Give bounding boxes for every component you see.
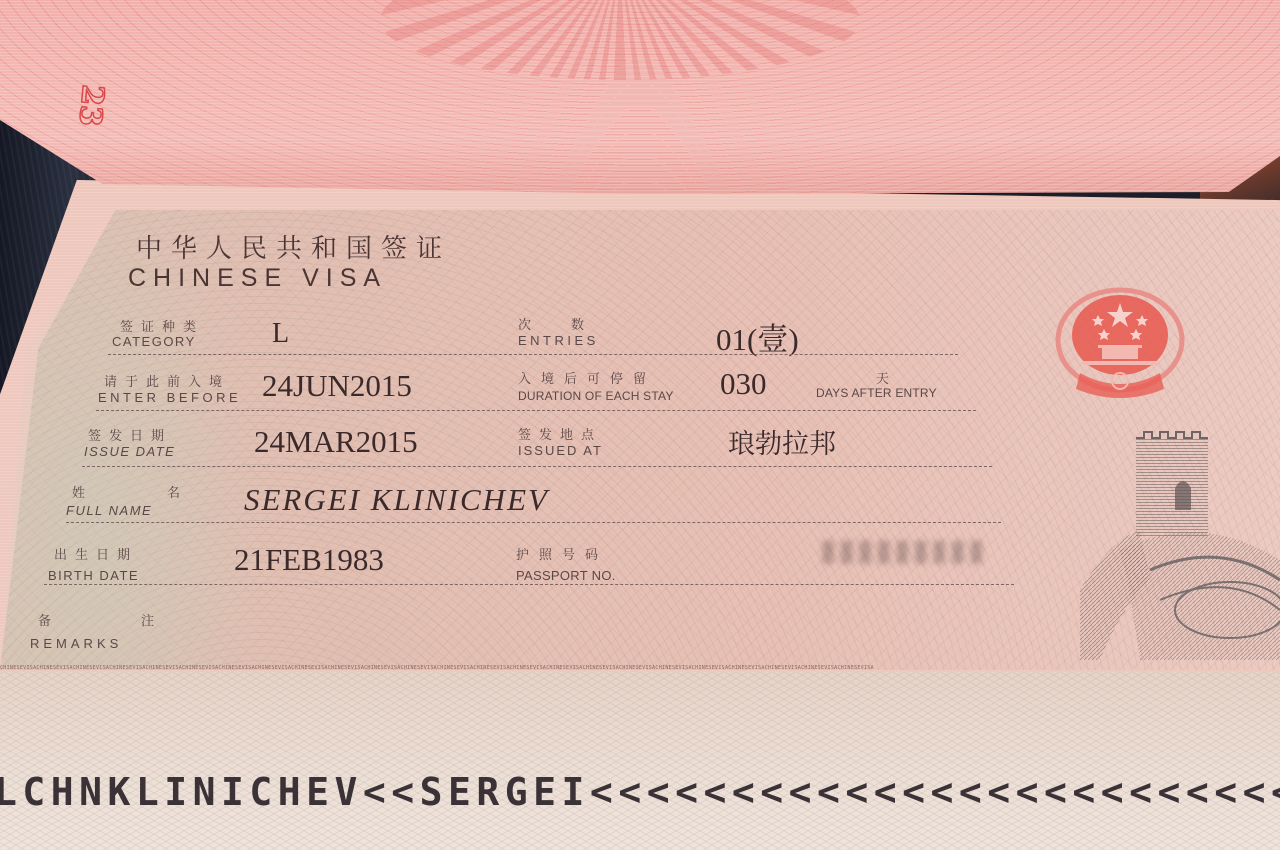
- birth-date-value: 21FEB1983: [234, 542, 384, 578]
- issued-at-label-cn: 签发地点: [518, 424, 602, 443]
- entries-label-en: ENTRIES: [518, 333, 599, 348]
- birth-date-label-en: BIRTH DATE: [48, 568, 139, 583]
- field-divider: [66, 522, 1001, 523]
- passport-no-label-cn: 护照号码: [516, 544, 608, 563]
- field-divider: [44, 584, 1014, 585]
- issued-at-value: 琅勃拉邦: [728, 422, 836, 461]
- birth-date-label-cn: 出生日期: [54, 544, 138, 563]
- page-number: 23: [72, 83, 111, 128]
- entries-label-cn: 次数: [518, 314, 624, 333]
- remarks-label-cn: 备注: [38, 610, 244, 629]
- duration-unit-cn: 天: [876, 368, 897, 387]
- full-name-value: SERGEI KLINICHEV: [244, 482, 549, 518]
- category-label-cn: 签证种类: [120, 316, 204, 335]
- great-wall-engraving: [1080, 420, 1280, 660]
- full-name-label-en: FULL NAME: [66, 503, 152, 518]
- entries-value: 01(壹): [716, 314, 799, 359]
- enter-before-label-en: ENTER BEFORE: [98, 390, 241, 405]
- issue-date-label-en: ISSUE DATE: [84, 444, 175, 459]
- issued-at-label-en: ISSUED AT: [518, 443, 603, 458]
- category-label-en: CATEGORY: [112, 334, 196, 349]
- field-divider: [96, 410, 976, 411]
- enter-before-label-cn: 请于此前入境: [104, 371, 230, 390]
- passport-no-label-en: PASSPORT NO.: [516, 568, 616, 583]
- full-name-label-cn: 姓名: [72, 482, 262, 501]
- duration-value: 030: [720, 366, 767, 402]
- mrz-line: LCHNKLINICHEV<<SERGEI<<<<<<<<<<<<<<<<<<<…: [0, 770, 1280, 814]
- duration-unit-en: DAYS AFTER ENTRY: [816, 386, 937, 400]
- duration-label-cn: 入境后可停留: [518, 368, 656, 387]
- field-divider: [108, 354, 958, 355]
- visa-title-english: CHINESE VISA: [128, 264, 387, 293]
- visa-title-chinese: 中华人民共和国签证: [136, 228, 451, 265]
- machine-readable-zone: [0, 672, 1280, 850]
- category-value: L: [272, 318, 289, 350]
- passport-no-value-redacted: ▮▮▮▮▮▮▮▮▮: [820, 533, 980, 567]
- remarks-label-en: REMARKS: [30, 636, 122, 651]
- issue-date-value: 24MAR2015: [254, 424, 418, 460]
- guilloche-ornament: [380, 0, 860, 80]
- issue-date-label-cn: 签发日期: [88, 425, 172, 444]
- national-emblem-icon: [1040, 285, 1200, 405]
- duration-label-en: DURATION OF EACH STAY: [518, 389, 674, 403]
- previous-passport-page: [0, 0, 1280, 200]
- field-divider: [82, 466, 992, 467]
- enter-before-value: 24JUN2015: [262, 368, 412, 404]
- security-microtext: CHINESEVISACHINESEVISACHINESEVISACHINESE…: [0, 665, 1280, 671]
